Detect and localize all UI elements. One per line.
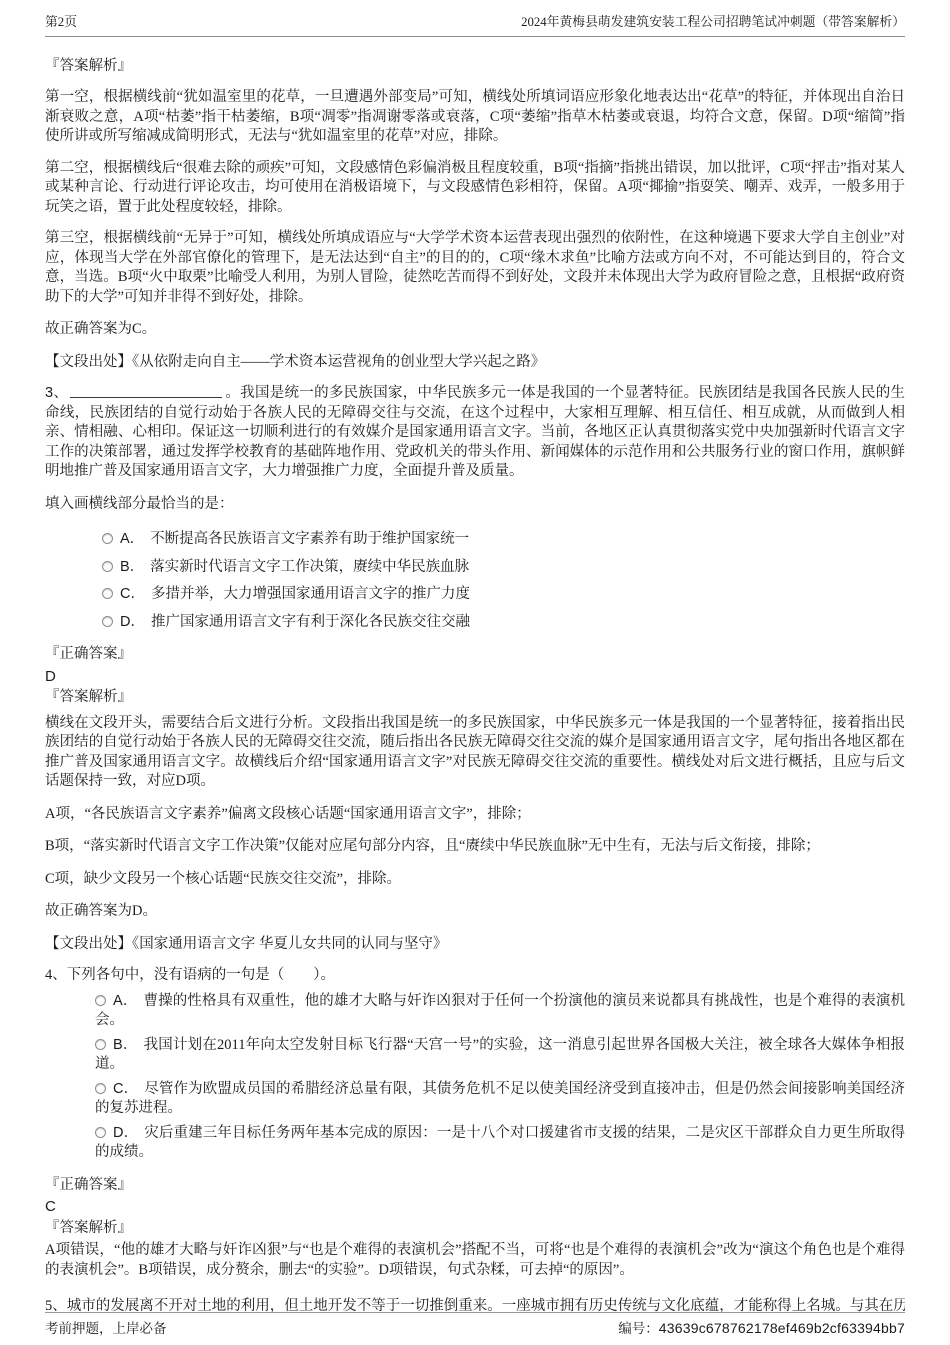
question3-prompt: 填入画横线部分最恰当的是： [45,495,905,515]
option-letter: C． [120,586,145,602]
option-a[interactable]: A．不断提高各民族语言文字素养有助于维护国家统一 [102,530,905,550]
option-text: 我国计划在2011年向太空发射目标飞行器“天宫一号”的实验，这一消息引起世界各国… [95,1037,905,1073]
code-label: 编号： [618,1321,659,1336]
analysis-label: 『答案解析』 [45,1219,905,1239]
radio-icon[interactable] [102,561,113,572]
analysis-paragraph-3: 第三空，根据横线前“无异于”可知，横线处所填成语应与“大学学术资本运营表现出强烈… [45,229,905,307]
radio-icon[interactable] [102,588,113,599]
option-letter: B． [120,559,144,575]
correct-answer-label: 『正确答案』 [45,1176,905,1196]
question4-analysis: A项错误，“他的雄才大略与奸诈凶狠”与“也是个难得的表演机会”搭配不当，可将“也… [45,1241,905,1280]
page-header: 第2页 2024年黄梅县萌发建筑安装工程公司招聘笔试冲刺题（带答案解析） [45,0,905,37]
option-letter: A． [113,993,137,1009]
option-letter: D． [120,614,145,630]
question3-note-c: C项，缺少文段另一个核心话题“民族交往交流”，排除。 [45,870,905,890]
conclusion-q2: 故正确答案为C。 [45,320,905,340]
source-q3: 【文段出处】《国家通用语言文字 华夏儿女共同的认同与坚守》 [45,935,905,955]
radio-icon[interactable] [95,1127,106,1138]
analysis-paragraph-1: 第一空，根据横线前“犹如温室里的花草，一旦遭遇外部变局”可知，横线处所填词语应形… [45,88,905,147]
question3-note-a: A项，“各民族语言文字素养”偏离文段核心话题“国家通用语言文字”，排除； [45,805,905,825]
question4-stem: 4、下列各句中，没有语病的一句是（ ）。 [45,966,905,986]
question3-number: 3、 [45,385,68,401]
option-letter: C． [113,1081,138,1097]
correct-answer-q4: C [45,1197,905,1217]
option-text: 不断提高各民族语言文字素养有助于维护国家统一 [150,531,469,547]
document-code: 43639c678762178ef469b2cf63394bb7 [659,1320,905,1336]
doc-title: 2024年黄梅县萌发建筑安装工程公司招聘笔试冲刺题（带答案解析） [521,13,905,33]
page-content: 『答案解析』 第一空，根据横线前“犹如温室里的花草，一旦遭遇外部变局”可知，横线… [0,57,950,1317]
question3-stem-text: 。我国是统一的多民族国家，中华民族多元一体是我国的一个显著特征。民族团结是我国各… [45,385,905,479]
option-b[interactable]: B．落实新时代语言文字工作决策，赓续中华民族血脉 [102,558,905,578]
option-a[interactable]: A．曹操的性格具有双重性，他的雄才大略与奸诈凶狠对于任何一个扮演他的演员来说都具… [45,992,905,1031]
conclusion-q3: 故正确答案为D。 [45,902,905,922]
correct-answer-label: 『正确答案』 [45,645,905,665]
source-q2: 【文段出处】《从依附走向自主——学术资本运营视角的创业型大学兴起之路》 [45,353,905,373]
question4-options: A．曹操的性格具有双重性，他的雄才大略与奸诈凶狠对于任何一个扮演他的演员来说都具… [45,992,905,1163]
option-letter: A． [120,531,144,547]
option-c[interactable]: C．尽管作为欧盟成员国的希腊经济总量有限，其债务危机不足以使美国经济受到直接冲击… [45,1080,905,1119]
option-d[interactable]: D．推广国家通用语言文字有利于深化各民族交往交融 [102,613,905,633]
question3-note-b: B项，“落实新时代语言文字工作决策”仅能对应尾句部分内容，且“赓续中华民族血脉”… [45,837,905,857]
option-text: 灾后重建三年目标任务两年基本完成的原因：一是十八个对口援建省市支援的结果，二是灾… [95,1125,905,1161]
radio-icon[interactable] [95,1039,106,1050]
option-letter: B． [113,1037,138,1053]
footer-code-group: 编号：43639c678762178ef469b2cf63394bb7 [618,1319,905,1339]
option-text: 推广国家通用语言文字有利于深化各民族交往交融 [151,614,470,630]
analysis-label: 『答案解析』 [45,57,905,77]
page-number: 第2页 [45,13,77,33]
radio-icon[interactable] [102,533,113,544]
question3-stem: 3、。我国是统一的多民族国家，中华民族多元一体是我国的一个显著特征。民族团结是我… [45,384,905,482]
question3-analysis: 横线在文段开头，需要结合后文进行分析。文段指出我国是统一的多民族国家，中华民族多… [45,714,905,792]
option-c[interactable]: C．多措并举，大力增强国家通用语言文字的推广力度 [102,585,905,605]
option-text: 多措并举，大力增强国家通用语言文字的推广力度 [151,586,470,602]
option-d[interactable]: D．灾后重建三年目标任务两年基本完成的原因：一是十八个对口援建省市支援的结果，二… [45,1124,905,1163]
analysis-paragraph-2: 第二空，根据横线后“很难去除的顽疾”可知，文段感情色彩偏消极且程度较重，B项“指… [45,159,905,218]
analysis-label: 『答案解析』 [45,688,905,708]
option-b[interactable]: B．我国计划在2011年向太空发射目标飞行器“天宫一号”的实验，这一消息引起世界… [45,1036,905,1075]
correct-answer-q3: D [45,667,905,687]
option-text: 落实新时代语言文字工作决策，赓续中华民族血脉 [150,559,469,575]
radio-icon[interactable] [95,995,106,1006]
option-text: 尽管作为欧盟成员国的希腊经济总量有限，其债务危机不足以使美国经济受到直接冲击，但… [95,1081,905,1117]
blank-line [70,384,222,398]
page-footer: 考前押题，上岸必备 编号：43639c678762178ef469b2cf633… [45,1312,905,1339]
option-letter: D． [113,1125,138,1141]
radio-icon[interactable] [95,1083,106,1094]
option-text: 曹操的性格具有双重性，他的雄才大略与奸诈凶狠对于任何一个扮演他的演员来说都具有挑… [95,993,905,1029]
document-page: 第2页 2024年黄梅县萌发建筑安装工程公司招聘笔试冲刺题（带答案解析） 『答案… [0,0,950,1345]
radio-icon[interactable] [102,616,113,627]
question3-options: A．不断提高各民族语言文字素养有助于维护国家统一 B．落实新时代语言文字工作决策… [45,530,905,632]
footer-slogan: 考前押题，上岸必备 [45,1319,167,1339]
